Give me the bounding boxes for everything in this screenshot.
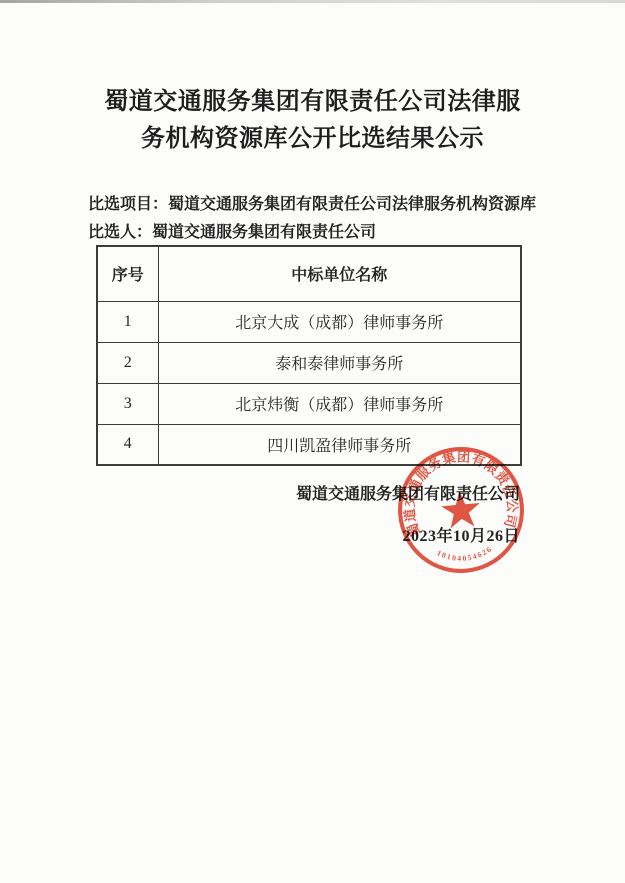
cell-serial-number: 2 xyxy=(97,342,158,383)
selection-project-value: 蜀道交通服务集团有限责任公司法律服务机构资源库 xyxy=(168,196,536,213)
cell-winning-unit-name: 泰和泰律师事务所 xyxy=(158,342,521,383)
cell-winning-unit-name: 四川凯盈律师事务所 xyxy=(158,424,521,465)
table-row: 3 北京炜衡（成都）律师事务所 xyxy=(97,383,521,424)
header-cell-serial-number: 序号 xyxy=(97,246,158,301)
winning-bidders-table: 序号 中标单位名称 1 北京大成（成都）律师事务所 2 泰和泰律师事务所 3 北… xyxy=(96,245,522,466)
cell-serial-number: 1 xyxy=(97,301,158,342)
selection-bidder-value: 蜀道交通服务集团有限责任公司 xyxy=(152,224,376,241)
cell-winning-unit-name: 北京大成（成都）律师事务所 xyxy=(158,301,521,342)
selection-bidder-line: 比选人：蜀道交通服务集团有限责任公司 xyxy=(88,219,565,247)
selection-project-line: 比选项目：蜀道交通服务集团有限责任公司法律服务机构资源库 xyxy=(88,191,565,219)
table-row: 2 泰和泰律师事务所 xyxy=(97,342,521,383)
table-header-row: 序号 中标单位名称 xyxy=(97,246,521,301)
selection-info-block: 比选项目：蜀道交通服务集团有限责任公司法律服务机构资源库 比选人：蜀道交通服务集… xyxy=(88,191,565,247)
signature-date: 2023年10月26日 xyxy=(296,523,520,546)
signature-block: 蜀道交通服务集团有限责任公司 2023年10月26日 xyxy=(296,481,520,546)
cell-serial-number: 3 xyxy=(97,383,158,424)
table-body: 1 北京大成（成都）律师事务所 2 泰和泰律师事务所 3 北京炜衡（成都）律师事… xyxy=(97,301,521,465)
cell-winning-unit-name: 北京炜衡（成都）律师事务所 xyxy=(158,383,521,424)
page-title-line1: 蜀道交通服务集团有限责任公司法律服 xyxy=(104,89,521,115)
page-title: 蜀道交通服务集团有限责任公司法律服 务机构资源库公开比选结果公示 xyxy=(0,84,625,158)
table-row: 1 北京大成（成都）律师事务所 xyxy=(97,301,521,342)
scan-edge-artifact xyxy=(0,0,625,3)
selection-bidder-label: 比选人： xyxy=(88,224,152,241)
cell-serial-number: 4 xyxy=(97,424,158,465)
table-head: 序号 中标单位名称 xyxy=(97,246,521,301)
table-row: 4 四川凯盈律师事务所 xyxy=(97,424,521,465)
header-cell-winning-unit-name: 中标单位名称 xyxy=(158,246,521,301)
selection-project-label: 比选项目： xyxy=(88,196,168,213)
announcement-document-page: 蜀道交通服务集团有限责任公司法律服 务机构资源库公开比选结果公示 比选项目：蜀道… xyxy=(0,0,625,883)
page-title-line2: 务机构资源库公开比选结果公示 xyxy=(141,126,484,152)
signature-company: 蜀道交通服务集团有限责任公司 xyxy=(296,481,520,504)
